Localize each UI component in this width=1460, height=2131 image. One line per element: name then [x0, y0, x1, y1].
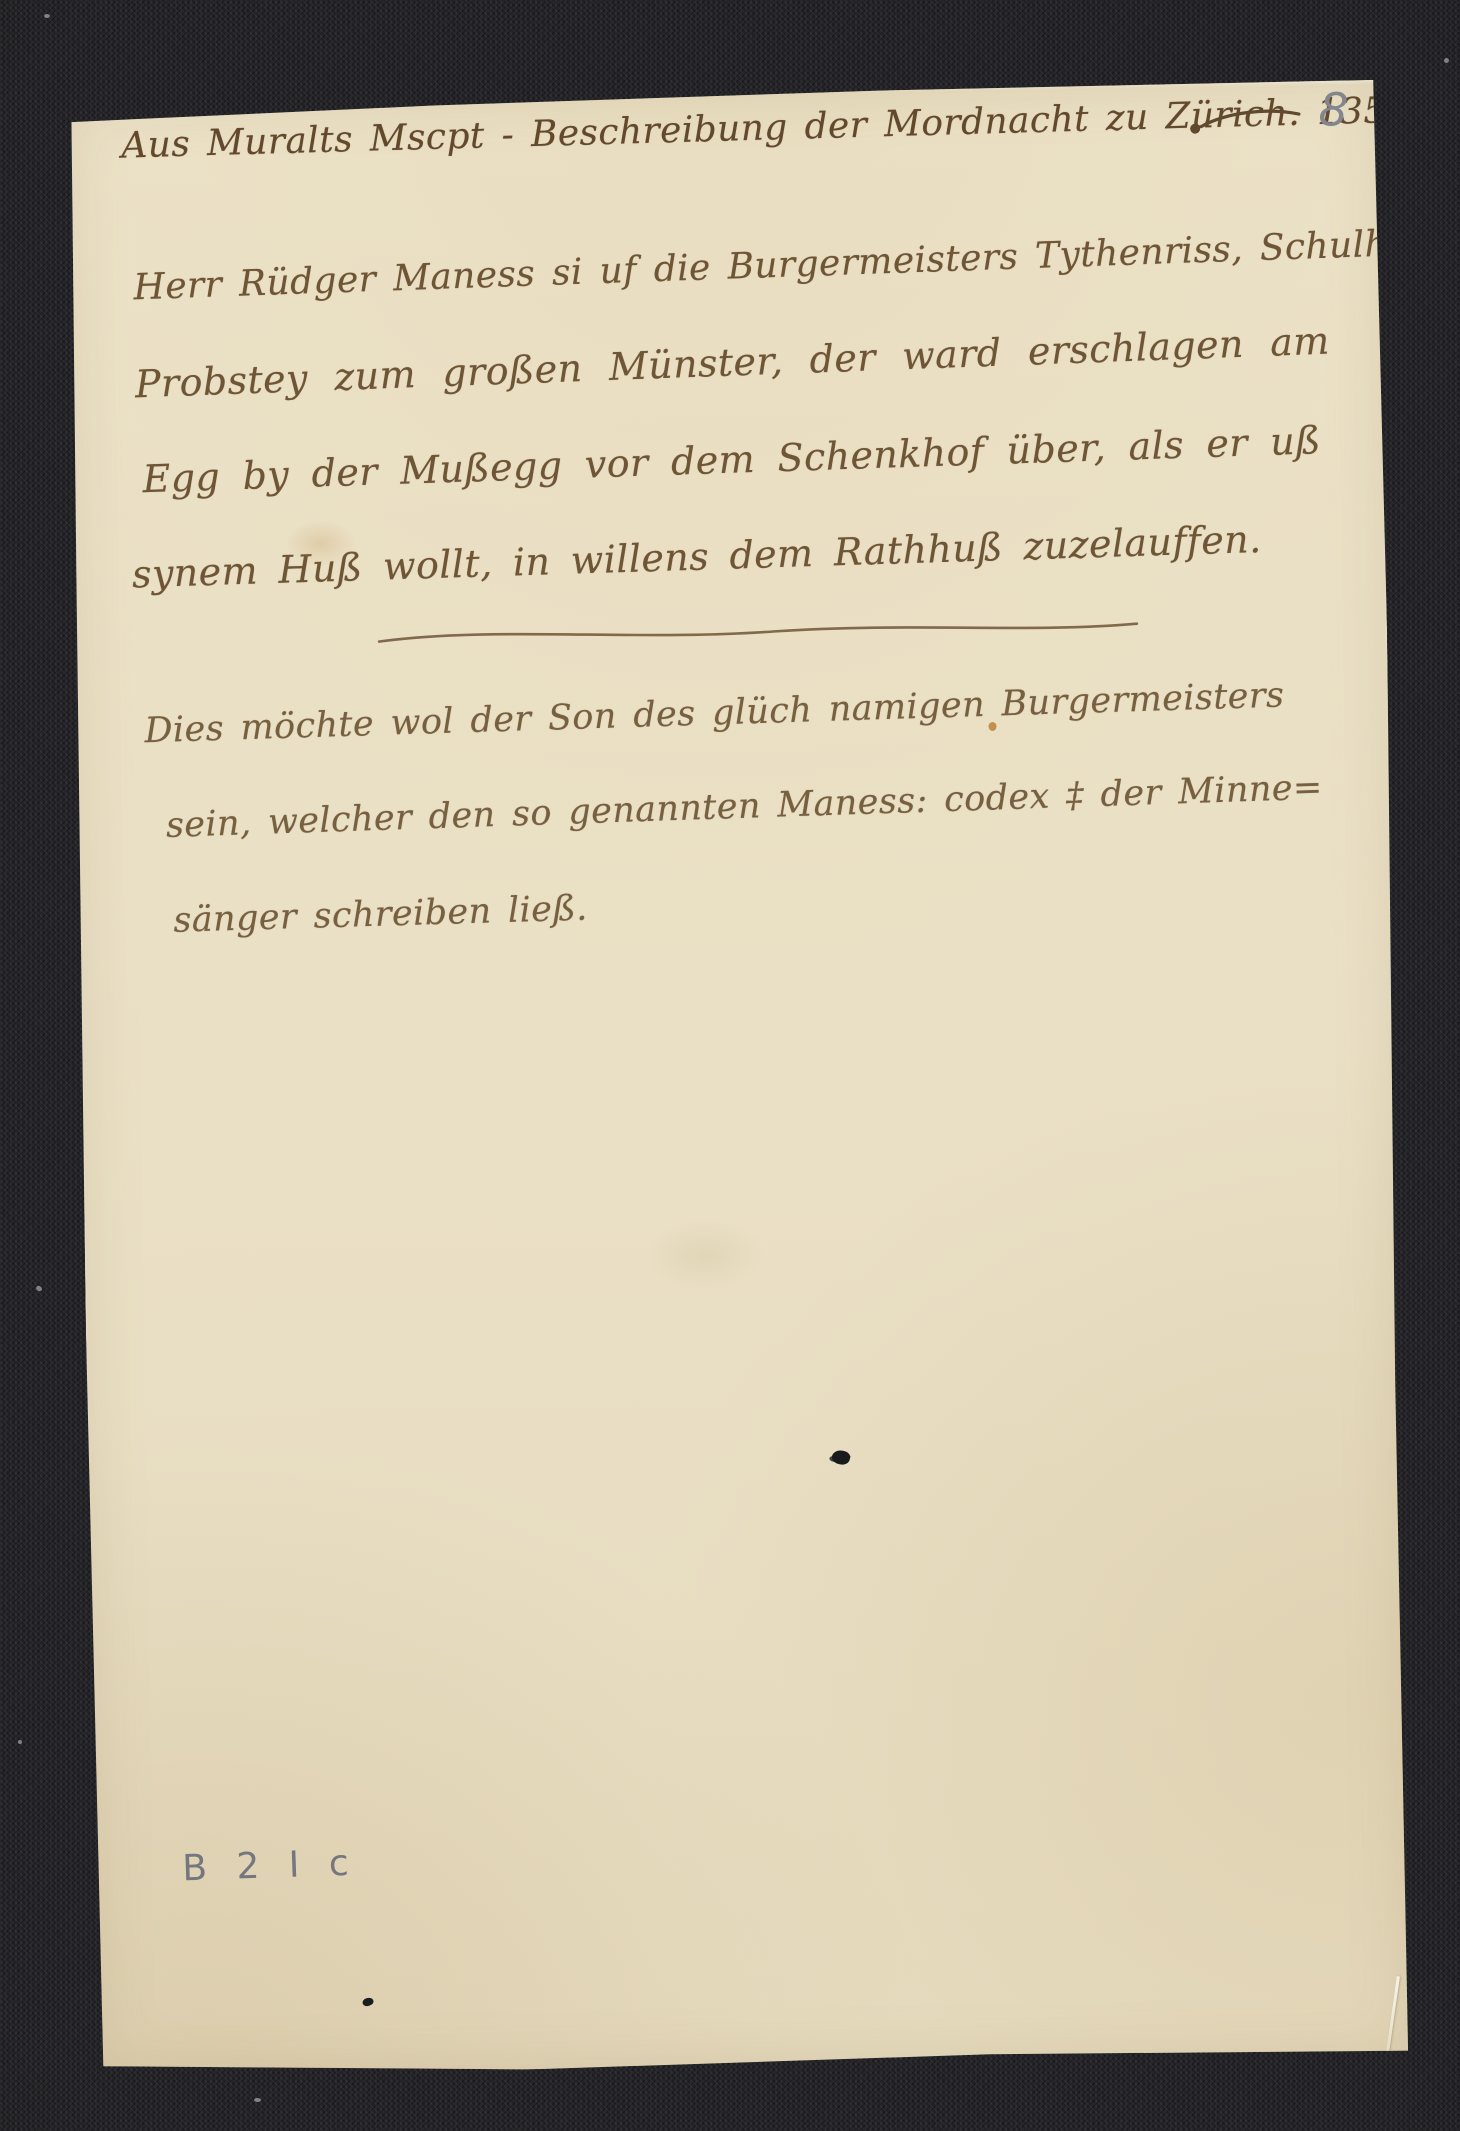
lint-speck: [44, 14, 50, 18]
lint-speck: [254, 2098, 261, 2102]
manuscript-line: Dies möchte wol der Son des glüch namige…: [144, 675, 1285, 751]
header-flourish-stroke: [1187, 101, 1318, 139]
lint-speck: [35, 1285, 43, 1292]
foxing-stain: [988, 722, 996, 731]
archive-mark: B 2 I c: [182, 1843, 359, 1890]
manuscript-line: sein, welcher den so genannten Maness: c…: [165, 768, 1323, 846]
ink-blot: [831, 1448, 852, 1466]
corner-crease: [1385, 1976, 1400, 2062]
manuscript-line: Egg by der Mußegg vor dem Schenkhof über…: [142, 418, 1322, 501]
manuscript-line: Herr Rüdger Maness si uf die Burgermeist…: [133, 219, 1460, 309]
foxing-stain: [644, 1220, 765, 1292]
lint-speck: [1444, 58, 1449, 63]
manuscript-line: sänger schreiben ließ.: [173, 889, 588, 941]
manuscript-page: Aus Muralts Mscpt - Beschreibung der Mor…: [67, 80, 1410, 2076]
underline-flourish: [375, 612, 1145, 654]
lint-speck: [18, 1740, 22, 1744]
photo-background: Aus Muralts Mscpt - Beschreibung der Mor…: [0, 0, 1460, 2131]
page-number: 8: [1317, 82, 1349, 138]
manuscript-line: Probstey zum großen Münster, der ward er…: [134, 319, 1330, 407]
ink-speck: [361, 1996, 374, 2007]
